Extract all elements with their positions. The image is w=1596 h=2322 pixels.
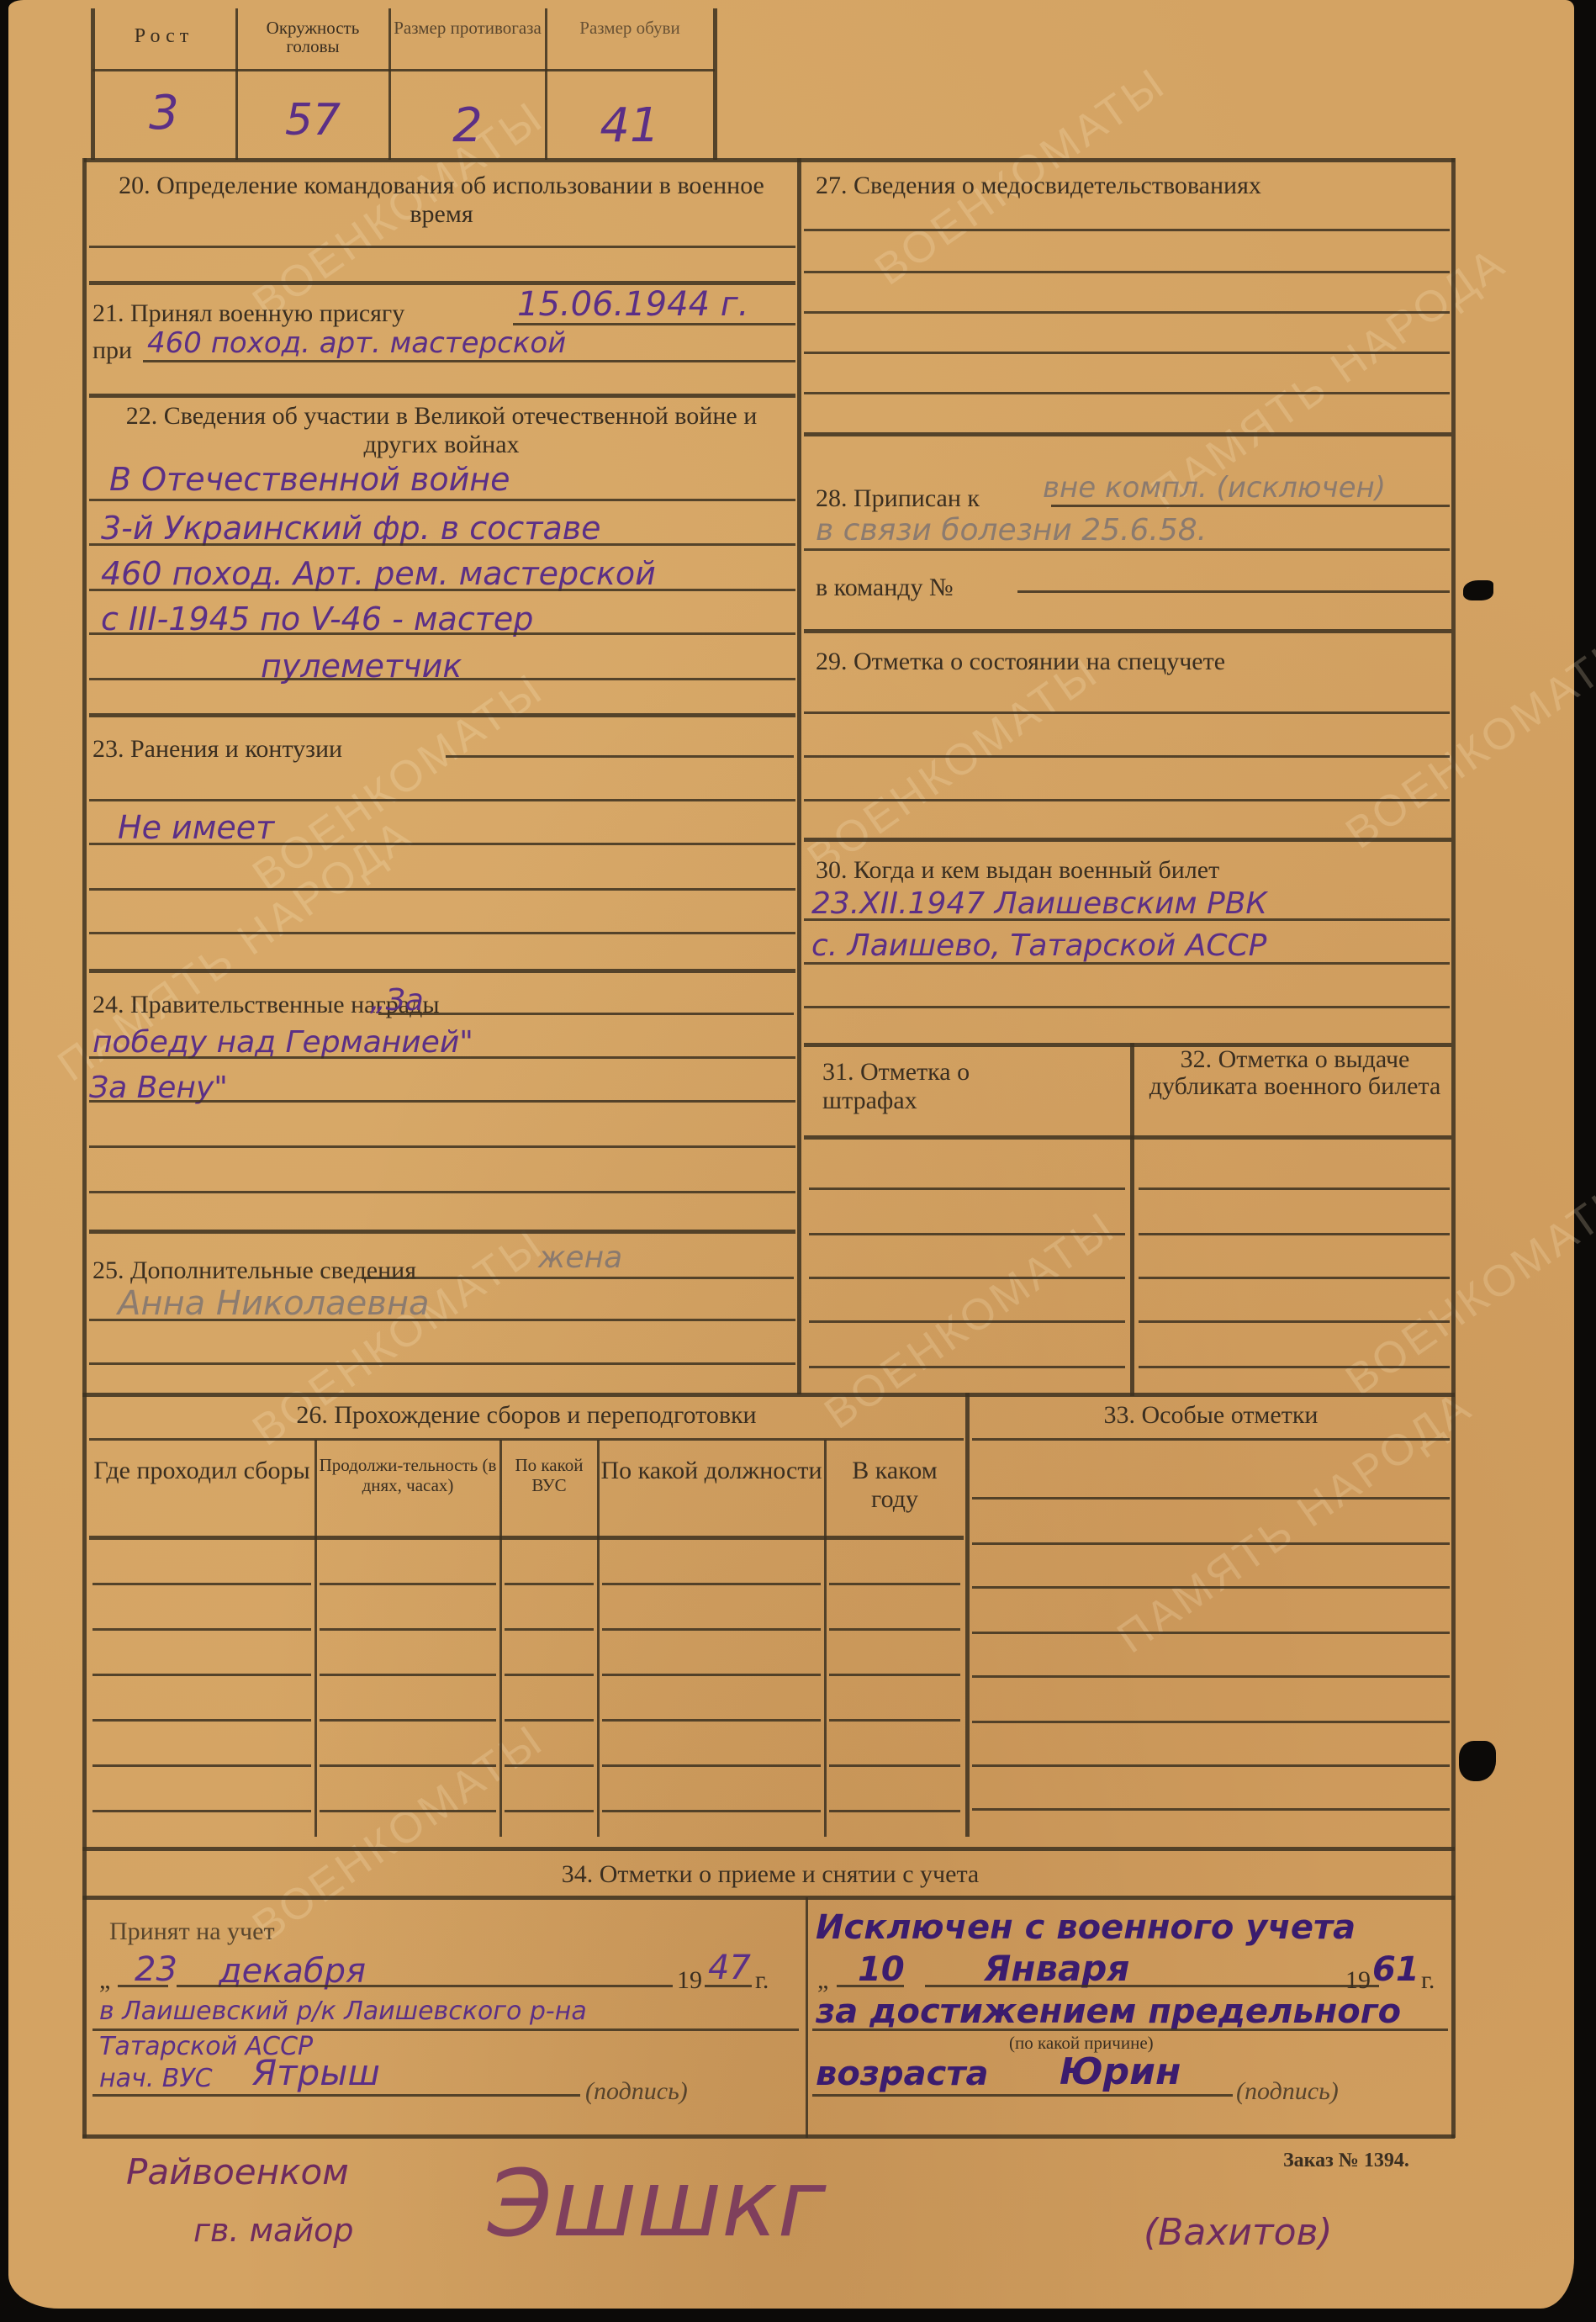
section-20-field[interactable] (89, 246, 795, 248)
assigned-to-value: вне компл. (исключен) (1043, 471, 1386, 505)
removed-day: 10 (858, 1951, 905, 1988)
table-cell-line[interactable] (602, 1628, 821, 1631)
field-line[interactable] (89, 888, 795, 891)
wounds-field[interactable] (446, 755, 794, 758)
punch-hole (1459, 1741, 1496, 1781)
accepted-year: 47 (708, 1949, 751, 1986)
fines-field-line[interactable] (809, 1233, 1125, 1235)
divider (804, 629, 1451, 633)
footer-role: Райвоенком (126, 2153, 349, 2192)
table-cell-line[interactable] (320, 1810, 496, 1812)
oath-date: 15.06.1944 г. (517, 286, 748, 323)
military-id-issued-line: 23.XII.1947 Лаишевским РВК (811, 886, 1267, 922)
wounds-value: Не имеет (118, 809, 274, 846)
frame-left (82, 158, 87, 2138)
quote-mark: „ (99, 1966, 110, 1995)
table-cell-line[interactable] (602, 1674, 821, 1676)
column-divider (597, 1440, 600, 1837)
table-header-where: Где проходил сборы (89, 1457, 314, 1485)
order-number: Заказ № 1394. (1283, 2146, 1409, 2175)
duplicate-field-line[interactable] (1139, 1277, 1450, 1279)
special-notes-line[interactable] (972, 1497, 1450, 1500)
accepted-year-field[interactable] (705, 1985, 752, 1987)
gasmask-size-value: 2 (392, 101, 543, 151)
table-cell-line[interactable] (505, 1764, 594, 1767)
field-line[interactable] (804, 271, 1450, 273)
column-header-gasmask-size: Размер противогаза (392, 19, 543, 37)
watermark: ВОЕНКОМАТЫ (1337, 1168, 1596, 1406)
oath-at-label: при (92, 336, 132, 365)
divider (82, 1393, 1455, 1397)
column-header-shoe-size: Размер обуви (548, 19, 711, 37)
field-line[interactable] (89, 843, 795, 845)
field-line[interactable] (804, 311, 1450, 314)
field-line[interactable] (804, 962, 1450, 965)
table-cell-line[interactable] (829, 1628, 960, 1631)
year-unit: г. (755, 1966, 769, 1995)
accepted-day-field[interactable] (118, 1985, 168, 1987)
field-line[interactable] (89, 1362, 795, 1365)
reason-caption: (по какой причине) (1009, 2034, 1154, 2052)
additional-info-line: жена (538, 1241, 622, 1275)
military-registration-card: ВОЕНКОМАТЫ ВОЕНКОМАТЫ ПАМЯТЬ НАРОДА ВОЕН… (8, 0, 1574, 2309)
table-header-duration: Продолжи-тельность (в днях, часах) (316, 1455, 499, 1495)
fines-field-line[interactable] (809, 1366, 1125, 1368)
section-31-label: 31. Отметка о штрафах (822, 1058, 1033, 1115)
accepted-label: Принят на учет (109, 1917, 275, 1946)
field-line[interactable] (89, 1145, 795, 1148)
field-line[interactable] (804, 918, 1450, 921)
section-28-label: 28. Приписан к (816, 484, 980, 513)
field-line[interactable] (89, 799, 795, 801)
field-line[interactable] (804, 548, 1450, 551)
frame-bottom (82, 2134, 1455, 2139)
table-cell-line[interactable] (829, 1583, 960, 1585)
table-header-position: По какой должности (599, 1457, 824, 1485)
section-23-label: 23. Ранения и контузии (92, 735, 342, 764)
divider (804, 838, 1451, 842)
section-27-label: 27. Сведения о медосвидетельствованиях (816, 172, 1261, 200)
war-participation-line: 460 поход. Арт. рем. мастерской (101, 555, 656, 592)
divider (92, 69, 715, 71)
special-notes-line[interactable] (972, 1632, 1450, 1634)
field-line[interactable] (89, 589, 795, 591)
removed-reason-field[interactable] (812, 2028, 1448, 2031)
table-header-year: В каком году (826, 1457, 964, 1514)
section-29-label: 29. Отметка о состоянии на спецучете (816, 648, 1225, 676)
divider (1130, 1043, 1134, 1396)
section-32-label: 32. Отметка о выдаче дубликата военного … (1139, 1046, 1451, 1100)
table-cell-line[interactable] (602, 1764, 821, 1767)
divider (89, 394, 795, 398)
field-line[interactable] (89, 1319, 795, 1321)
table-cell-line[interactable] (829, 1674, 960, 1676)
field-line[interactable] (804, 1006, 1450, 1008)
removed-signature: Юрин (1060, 2052, 1181, 2092)
divider (806, 1897, 808, 2138)
table-cell-line[interactable] (829, 1719, 960, 1722)
special-notes-line[interactable] (972, 1764, 1450, 1767)
divider (972, 1438, 1450, 1441)
special-notes-line[interactable] (972, 1586, 1450, 1589)
table-cell-line[interactable] (505, 1674, 594, 1676)
special-notes-line[interactable] (972, 1808, 1450, 1811)
military-id-issued-line: с. Лаишево, Татарской АССР (811, 928, 1266, 964)
table-cell-line[interactable] (320, 1719, 496, 1722)
section-22-label: 22. Сведения об участии в Великой отечес… (92, 402, 790, 459)
special-notes-line[interactable] (972, 1675, 1450, 1678)
divider (804, 432, 1451, 436)
table-cell-line[interactable] (320, 1628, 496, 1631)
field-line[interactable] (89, 932, 795, 934)
removed-day-field[interactable] (837, 1985, 904, 1987)
special-notes-line[interactable] (972, 1542, 1450, 1545)
team-number-label: в команду № (816, 574, 954, 602)
table-cell-line[interactable] (505, 1583, 594, 1585)
table-cell-line[interactable] (602, 1719, 821, 1722)
fines-field-line[interactable] (809, 1320, 1125, 1323)
divider (89, 713, 795, 717)
removed-month-field[interactable] (925, 1985, 1379, 1987)
accepted-signature: Ятрыш (252, 2054, 380, 2092)
watermark: ВОЕНКОМАТЫ (244, 664, 553, 902)
divider (82, 1896, 1455, 1900)
divider (388, 8, 391, 160)
table-cell-line[interactable] (829, 1810, 960, 1812)
war-participation-line: В Отечественной войне (109, 461, 510, 498)
signature-caption: (подпись) (1236, 2077, 1339, 2106)
column-header-height: Рост (92, 25, 235, 47)
field-line[interactable] (804, 755, 1450, 758)
divider (965, 1393, 970, 1837)
column-divider (797, 158, 801, 1394)
divider (804, 1135, 1451, 1140)
accepted-place: в Лаишевский р/к Лаишевского р-на (99, 1997, 587, 2027)
divider (84, 158, 1455, 162)
accepted-month-field[interactable] (177, 1985, 673, 1987)
watermark: ВОЕНКОМАТЫ (1337, 621, 1596, 860)
duplicate-field-line[interactable] (1139, 1187, 1450, 1190)
removed-title: Исключен с военного учета (816, 1909, 1356, 1946)
field-line[interactable] (89, 678, 795, 680)
table-cell-line[interactable] (320, 1674, 496, 1676)
section-33-label: 33. Особые отметки (972, 1401, 1450, 1430)
table-cell-line[interactable] (320, 1583, 496, 1585)
field-line[interactable] (89, 499, 795, 501)
divider (89, 1438, 964, 1441)
table-cell-line[interactable] (92, 1583, 311, 1585)
special-notes-line[interactable] (972, 1721, 1450, 1723)
divider (713, 8, 717, 160)
footer-rank: гв. майор (193, 2212, 354, 2249)
section-21-label: 21. Принял военную присягу (92, 299, 404, 328)
table-cell-line[interactable] (92, 1628, 311, 1631)
accepted-day: 23 (135, 1951, 177, 1988)
table-cell-line[interactable] (92, 1810, 311, 1812)
section-30-label: 30. Когда и кем выдан военный билет (816, 856, 1219, 885)
divider (89, 1230, 795, 1234)
accepted-signature-field[interactable] (92, 2094, 580, 2097)
divider (89, 969, 795, 973)
field-line[interactable] (804, 711, 1450, 714)
divider (89, 1536, 964, 1540)
signature-caption: (подпись) (585, 2077, 688, 2106)
section-26-label: 26. Прохождение сборов и переподготовки (89, 1401, 964, 1430)
head-size-value: 57 (239, 97, 387, 144)
section-34-label: 34. Отметки о приеме и снятии с учета (89, 1860, 1451, 1889)
accepted-officer: нач. ВУС (99, 2064, 213, 2094)
oath-at-field[interactable] (143, 360, 795, 362)
watermark: ВОЕНКОМАТЫ (799, 647, 1108, 885)
height-value: 3 (92, 88, 235, 139)
oath-date-field[interactable] (513, 323, 795, 325)
duplicate-field-line[interactable] (1139, 1320, 1450, 1323)
assigned-to-value: в связи болезни 25.6.58. (816, 513, 1207, 548)
section-31-label-num: 31. Отметка о штрафах (822, 1058, 1033, 1115)
team-number-field[interactable] (1017, 590, 1450, 593)
additional-info-line: Анна Николаевна (118, 1285, 430, 1322)
war-participation-line: 3-й Украинский фр. в составе (101, 510, 601, 547)
table-cell-line[interactable] (602, 1583, 821, 1585)
fines-field-line[interactable] (809, 1277, 1125, 1279)
removed-reason: за достижением предельного (816, 1993, 1401, 2030)
removed-year: 61 (1372, 1951, 1419, 1988)
field-line[interactable] (92, 2028, 799, 2031)
accepted-year-prefix: 19 (677, 1966, 702, 1995)
table-cell-line[interactable] (320, 1764, 496, 1767)
frame-right (1451, 158, 1456, 2138)
field-line[interactable] (89, 1100, 795, 1103)
awards-field[interactable] (378, 1013, 794, 1015)
column-divider (499, 1440, 502, 1837)
field-line[interactable] (804, 392, 1450, 394)
duplicate-field-line[interactable] (1139, 1366, 1450, 1368)
table-cell-line[interactable] (92, 1719, 311, 1722)
field-line[interactable] (89, 632, 795, 635)
field-line[interactable] (804, 799, 1450, 801)
additional-info-field[interactable] (362, 1277, 794, 1279)
section-25-label: 25. Дополнительные сведения (92, 1256, 416, 1285)
column-divider (314, 1440, 317, 1837)
table-cell-line[interactable] (505, 1810, 594, 1812)
removed-month: Января (984, 1949, 1129, 1988)
quote-mark: „ (817, 1966, 828, 1995)
removed-reason: возраста (816, 2055, 989, 2092)
oath-at-value: 460 поход. арт. мастерской (147, 326, 566, 360)
fines-field-line[interactable] (809, 1187, 1125, 1190)
table-cell-line[interactable] (829, 1764, 960, 1767)
table-cell-line[interactable] (92, 1764, 311, 1767)
commissar-signature: Эшшкг (488, 2153, 826, 2254)
assigned-to-field[interactable] (1051, 505, 1450, 507)
divider (545, 8, 547, 160)
divider (82, 1847, 1455, 1851)
shoe-size-value: 41 (548, 101, 711, 151)
table-header-vus: По какой ВУС (501, 1455, 597, 1495)
duplicate-field-line[interactable] (1139, 1233, 1450, 1235)
signer-name: (Вахитов) (1144, 2212, 1333, 2254)
table-cell-line[interactable] (602, 1810, 821, 1812)
field-line[interactable] (804, 352, 1450, 354)
section-20-label: 20. Определение командования об использо… (92, 172, 790, 229)
field-line[interactable] (89, 1056, 795, 1059)
table-cell-line[interactable] (505, 1719, 594, 1722)
field-line[interactable] (89, 543, 795, 546)
removed-year-prefix: 19 (1345, 1966, 1371, 1995)
punch-hole (1463, 580, 1493, 600)
field-line[interactable] (804, 229, 1450, 231)
field-line[interactable] (89, 1191, 795, 1193)
removed-signature-field[interactable] (812, 2094, 1233, 2097)
column-header-head-size: Окружность головы (239, 19, 387, 56)
table-cell-line[interactable] (505, 1628, 594, 1631)
table-cell-line[interactable] (92, 1674, 311, 1676)
watermark: ВОЕНКОМАТЫ (244, 1715, 553, 1953)
year-unit: г. (1421, 1966, 1435, 1995)
divider (235, 8, 238, 160)
